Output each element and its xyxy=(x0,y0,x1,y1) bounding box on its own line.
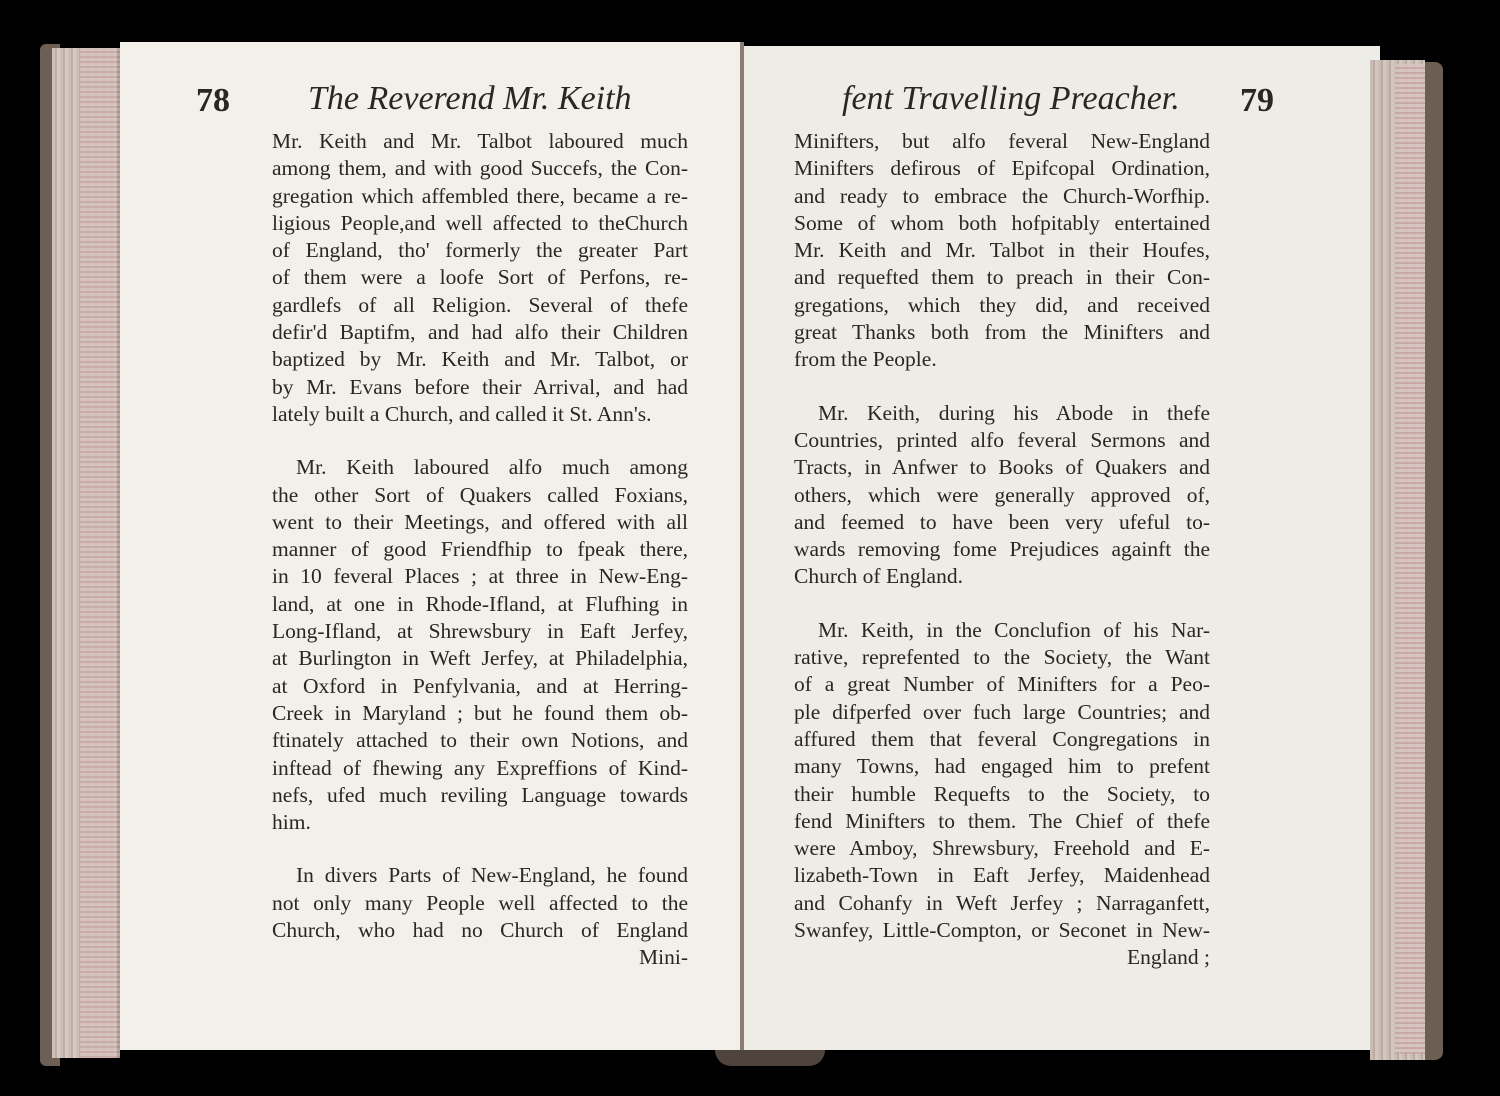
paragraph: In divers Parts of New-England, he found… xyxy=(272,862,688,971)
right-page-number: 79 xyxy=(1240,82,1274,120)
book-cover-right xyxy=(1425,62,1443,1060)
left-page-number: 78 xyxy=(196,82,230,120)
text-line: in 10 feveral Places ; at three in New-E… xyxy=(272,563,688,590)
text-line: Mr. Keith and Mr. Talbot laboured much xyxy=(272,128,688,155)
text-line: Mr. Keith, in the Conclufion of his Nar- xyxy=(794,617,1210,644)
text-line: affured them that feveral Congregations … xyxy=(794,726,1210,753)
text-line: defir'd Baptifm, and had alfo their Chil… xyxy=(272,319,688,346)
left-running-head: The Reverend Mr. Keith xyxy=(308,80,632,118)
paragraph: Minifters, but alfo feveral New-EnglandM… xyxy=(794,128,1210,374)
text-line: lately built a Church, and called it St.… xyxy=(272,401,688,428)
text-line: of England, tho' formerly the greater Pa… xyxy=(272,237,688,264)
text-line: manner of good Friendfhip to fpeak there… xyxy=(272,536,688,563)
right-page-body: Minifters, but alfo feveral New-EnglandM… xyxy=(794,128,1210,972)
spine-headband xyxy=(715,1050,825,1066)
text-line: In divers Parts of New-England, he found xyxy=(272,862,688,889)
sprinkled-edge-left xyxy=(80,48,120,1058)
text-line: fend Minifters to them. The Chief of the… xyxy=(794,808,1210,835)
text-line: from the People. xyxy=(794,346,1210,373)
text-line: Tracts, in Anfwer to Books of Quakers an… xyxy=(794,454,1210,481)
text-line: Church of England. xyxy=(794,563,1210,590)
text-line: by Mr. Evans before their Arrival, and h… xyxy=(272,374,688,401)
text-line: Minifters defirous of Epifcopal Ordinati… xyxy=(794,155,1210,182)
text-line: and Cohanfy in Weft Jerfey ; Narraganfet… xyxy=(794,890,1210,917)
paragraph: Mr. Keith, in the Conclufion of his Nar-… xyxy=(794,617,1210,972)
text-line: great Thanks both from the Minifters and xyxy=(794,319,1210,346)
text-line: and ready to embrace the Church-Worfhip. xyxy=(794,183,1210,210)
right-running-head: fent Travelling Preacher. xyxy=(842,80,1180,118)
text-line: and requefted them to preach in their Co… xyxy=(794,264,1210,291)
text-line: others, which were generally approved of… xyxy=(794,482,1210,509)
text-line: Mini- xyxy=(272,944,688,971)
text-line: many Towns, had engaged him to prefent xyxy=(794,753,1210,780)
text-line: their humble Requefts to the Society, to xyxy=(794,781,1210,808)
paragraph: Mr. Keith laboured alfo much amongthe ot… xyxy=(272,454,688,836)
text-line: him. xyxy=(272,809,688,836)
text-line: Creek in Maryland ; but he found them ob… xyxy=(272,700,688,727)
text-line: wards removing fome Prejudices againft t… xyxy=(794,536,1210,563)
left-page-body: Mr. Keith and Mr. Talbot laboured mucham… xyxy=(272,128,688,972)
paragraph-gap xyxy=(272,428,688,454)
text-line: were Amboy, Shrewsbury, Freehold and E- xyxy=(794,835,1210,862)
text-line: baptized by Mr. Keith and Mr. Talbot, or xyxy=(272,346,688,373)
text-line: ple difperfed over fuch large Countries;… xyxy=(794,699,1210,726)
text-line: nefs, ufed much reviling Language toward… xyxy=(272,782,688,809)
paragraph-gap xyxy=(794,374,1210,400)
text-line: Countries, printed alfo feveral Sermons … xyxy=(794,427,1210,454)
text-line: of a great Number of Minifters for a Peo… xyxy=(794,671,1210,698)
text-line: gardlefs of all Religion. Several of the… xyxy=(272,292,688,319)
text-line: gregations, which they did, and received xyxy=(794,292,1210,319)
text-line: went to their Meetings, and offered with… xyxy=(272,509,688,536)
paragraph: Mr. Keith, during his Abode in thefeCoun… xyxy=(794,400,1210,591)
text-line: Mr. Keith laboured alfo much among xyxy=(272,454,688,481)
text-line: of them were a loofe Sort of Perfons, re… xyxy=(272,264,688,291)
text-line: among them, and with good Succefs, the C… xyxy=(272,155,688,182)
text-line: land, at one in Rhode-Ifland, at Flufhin… xyxy=(272,591,688,618)
text-line: Minifters, but alfo feveral New-England xyxy=(794,128,1210,155)
paragraph-gap xyxy=(272,836,688,862)
text-line: and feemed to have been very ufeful to- xyxy=(794,509,1210,536)
text-line: at Oxford in Penfylvania, and at Herring… xyxy=(272,673,688,700)
text-line: Long-Ifland, at Shrewsbury in Eaft Jerfe… xyxy=(272,618,688,645)
text-line: Some of whom both hofpitably entertained xyxy=(794,210,1210,237)
text-line: Mr. Keith, during his Abode in thefe xyxy=(794,400,1210,427)
text-line: ligious People,and well affected to theC… xyxy=(272,210,688,237)
text-line: not only many People well affected to th… xyxy=(272,890,688,917)
text-line: gregation which affembled there, became … xyxy=(272,183,688,210)
text-line: inftead of fhewing any Expreffions of Ki… xyxy=(272,755,688,782)
text-line: England ; xyxy=(794,944,1210,971)
paragraph-gap xyxy=(794,591,1210,617)
text-line: lizabeth-Town in Eaft Jerfey, Maidenhead xyxy=(794,862,1210,889)
text-line: at Burlington in Weft Jerfey, at Philade… xyxy=(272,645,688,672)
text-line: Church, who had no Church of England xyxy=(272,917,688,944)
paragraph: Mr. Keith and Mr. Talbot laboured mucham… xyxy=(272,128,688,428)
text-line: Swanfey, Little-Compton, or Seconet in N… xyxy=(794,917,1210,944)
open-book xyxy=(40,40,1450,1070)
text-line: Mr. Keith and Mr. Talbot in their Houfes… xyxy=(794,237,1210,264)
text-line: rative, reprefented to the Society, the … xyxy=(794,644,1210,671)
text-line: the other Sort of Quakers called Foxians… xyxy=(272,482,688,509)
text-line: ftinately attached to their own Notions,… xyxy=(272,727,688,754)
